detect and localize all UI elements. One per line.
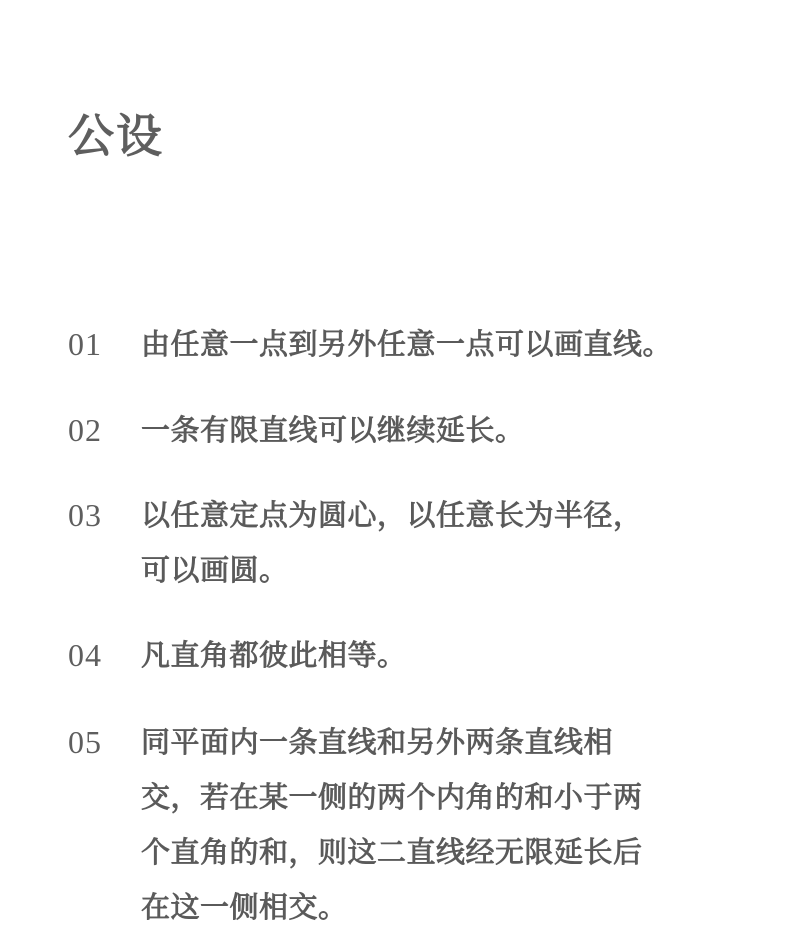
postulate-text: 凡直角都彼此相等。 <box>141 628 731 683</box>
postulate-text: 以任意定点为圆心，以任意长为半径， 可以画圆。 <box>141 488 731 598</box>
postulate-text: 同平面内一条直线和另外两条直线相 交，若在某一侧的两个内角的和小于两 个直角的和… <box>141 715 731 935</box>
postulate-line: 由任意一点到另外任意一点可以画直线。 <box>141 317 731 372</box>
postulate-line: 同平面内一条直线和另外两条直线相 <box>141 715 731 770</box>
postulate-line: 交，若在某一侧的两个内角的和小于两 <box>141 770 731 825</box>
postulate-line: 一条有限直线可以继续延长。 <box>141 403 731 458</box>
postulate-line: 凡直角都彼此相等。 <box>141 628 731 683</box>
page-title: 公设 <box>68 106 164 166</box>
postulate-line: 个直角的和，则这二直线经无限延长后 <box>141 825 731 880</box>
postulate-number: 05 <box>68 715 102 770</box>
postulate-number: 01 <box>68 317 102 372</box>
postulate-line: 可以画圆。 <box>141 543 731 598</box>
postulate-number: 03 <box>68 488 102 543</box>
postulate-line: 在这一侧相交。 <box>141 880 731 935</box>
postulate-text: 一条有限直线可以继续延长。 <box>141 403 731 458</box>
postulate-number: 02 <box>68 403 102 458</box>
postulate-number: 04 <box>68 628 102 683</box>
postulate-line: 以任意定点为圆心，以任意长为半径， <box>141 488 731 543</box>
postulate-text: 由任意一点到另外任意一点可以画直线。 <box>141 317 731 372</box>
